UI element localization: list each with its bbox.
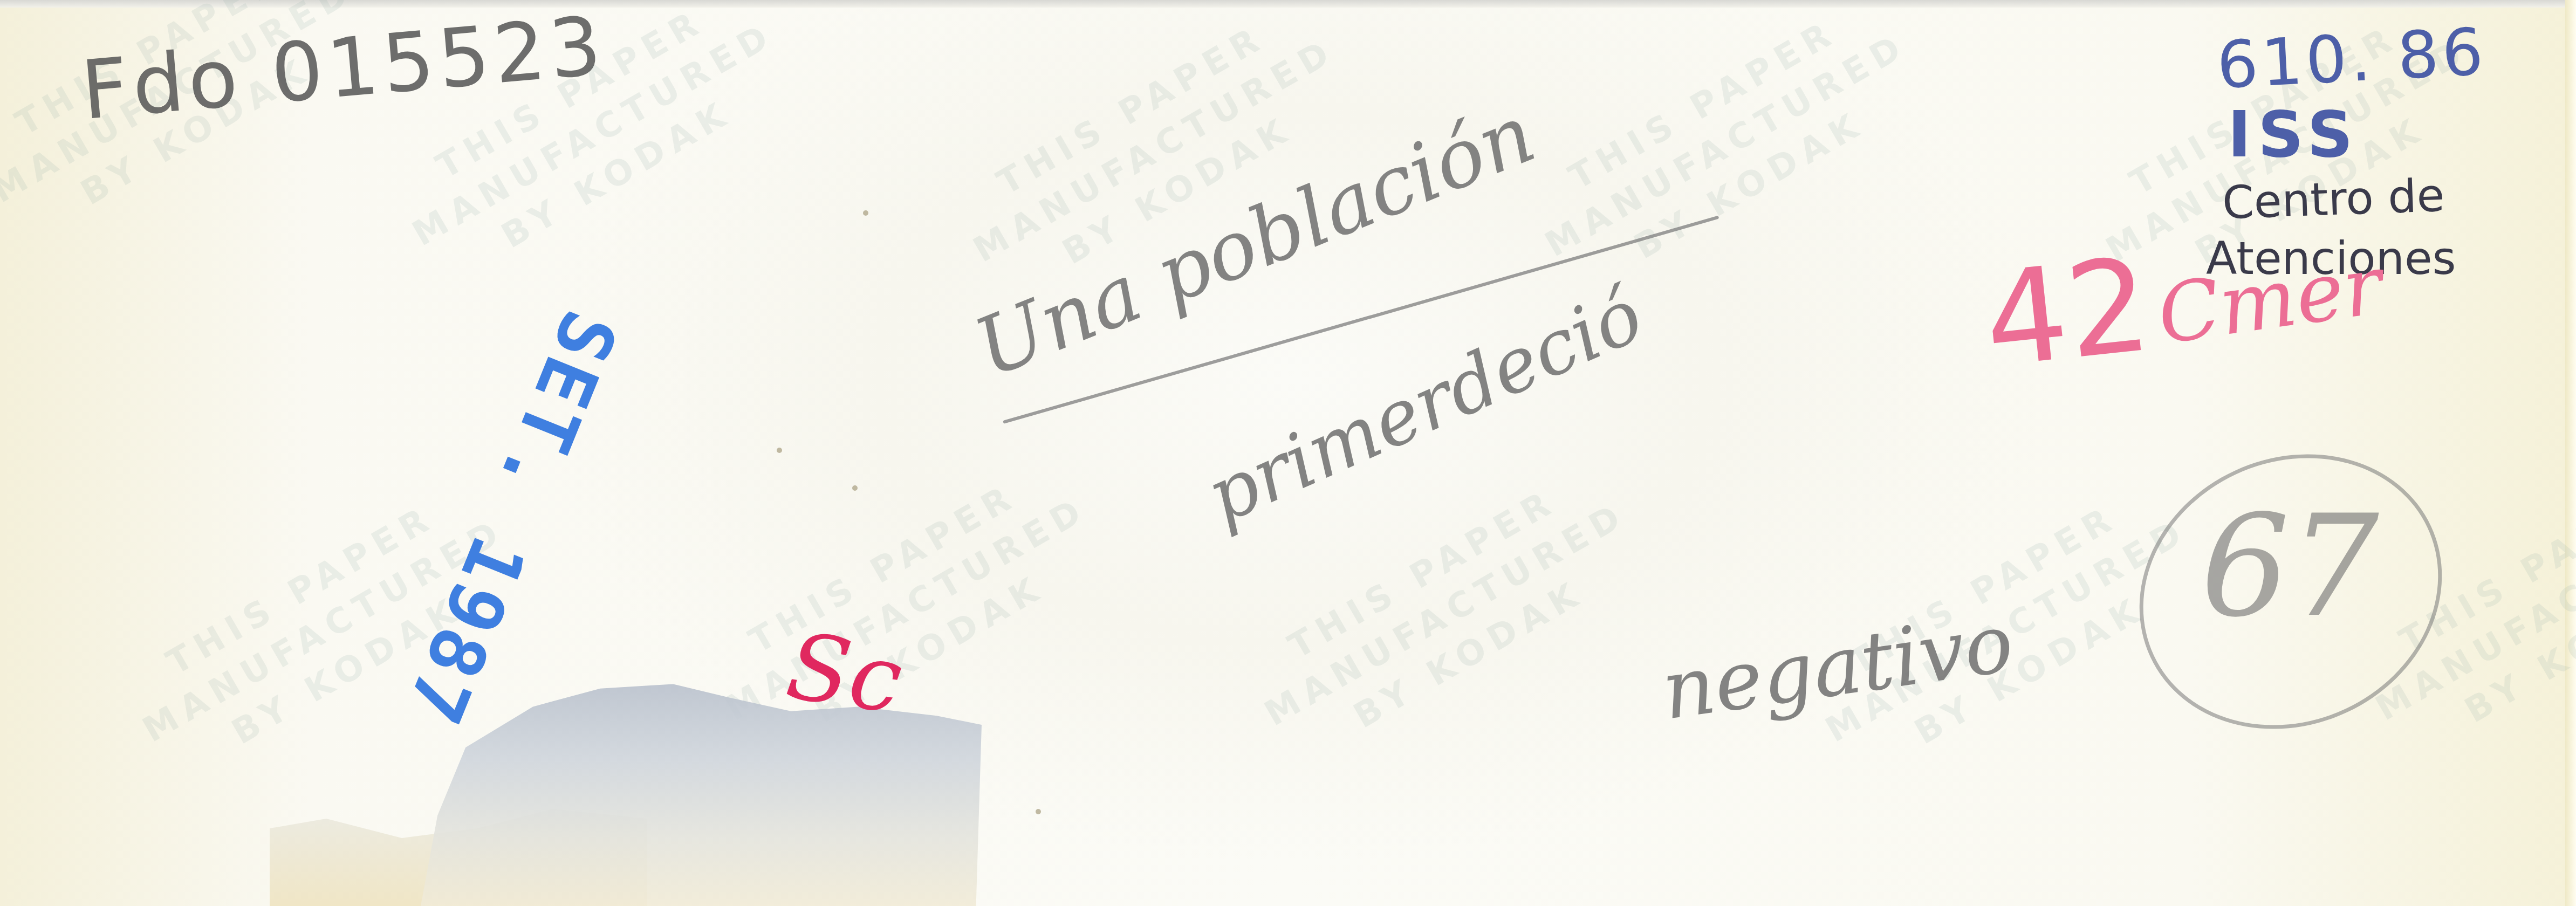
dust-speck [1036, 809, 1041, 814]
collection-code: ISS [2228, 97, 2360, 171]
classification-number: 610. 86 [2215, 15, 2489, 104]
red-partial-mark: Sc [780, 613, 908, 735]
institution-line-1: Centro de [2221, 169, 2445, 229]
circled-mark: 67 [2201, 485, 2379, 648]
torn-paper-patch [421, 679, 982, 906]
count-mark: 42 [1977, 229, 2157, 396]
right-edge [2565, 0, 2576, 906]
dust-speck [863, 210, 868, 216]
dust-speck [777, 448, 782, 453]
watermark: THIS PAPER MANUFACTURED BY KODAK [1514, 0, 1939, 308]
photo-back-document: THIS PAPER MANUFACTURED BY KODAK THIS PA… [0, 0, 2576, 906]
dust-speck [852, 485, 858, 491]
